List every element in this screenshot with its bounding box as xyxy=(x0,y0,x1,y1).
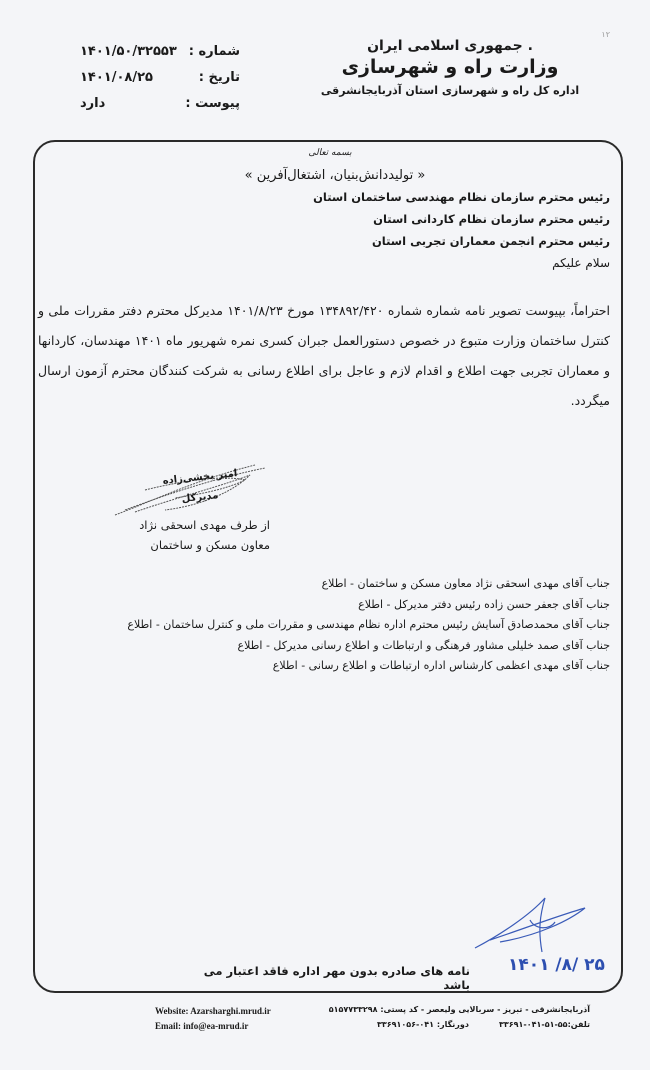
fax: دورنگار: ۰۴۱-۳۳۶۹۱۰۵۶ xyxy=(377,1017,469,1032)
date-row: تاریخ : ۱۴۰۱/۰۸/۲۵ xyxy=(80,64,240,90)
website: Website: Azarsharghi.mrud.ir xyxy=(155,1004,271,1019)
letter-metadata: شماره : ۱۴۰۱/۵۰/۳۲۵۵۳ تاریخ : ۱۴۰۱/۰۸/۲۵… xyxy=(80,38,240,116)
recipient-1: رئیس محترم سازمان نظام مهندسی ساختمان اس… xyxy=(210,186,610,208)
corner-mark: ۱۲ xyxy=(601,30,610,39)
email: Email: info@ea-mrud.ir xyxy=(155,1019,271,1034)
greeting: سلام علیکم xyxy=(210,252,610,274)
ministry-name: وزارت راه و شهرسازی xyxy=(320,56,580,78)
cc-item: جناب آقای صمد خلیلی مشاور فرهنگی و ارتبا… xyxy=(50,636,610,657)
bismillah: بسمه تعالی xyxy=(300,148,360,158)
cc-item: جناب آقای جعفر حسن زاده رئیس دفتر مدیرکل… xyxy=(50,595,610,616)
country-name: . جمهوری اسلامی ایران xyxy=(320,38,580,54)
on-behalf-of: از طرف مهدی اسحقی نژاد xyxy=(130,518,270,532)
cc-item: جناب آقای مهدی اسحقی نژاد معاون مسکن و س… xyxy=(50,574,610,595)
recipient-3: رئیس محترم انجمن معماران تجربی استان xyxy=(210,230,610,252)
footer-contact-web: Website: Azarsharghi.mrud.ir Email: info… xyxy=(155,1004,271,1034)
letterhead: . جمهوری اسلامی ایران وزارت راه و شهرساز… xyxy=(320,38,580,97)
phone: تلفن:۵۵-۵۱-۰۴۱-۳۳۶۹۱ xyxy=(499,1017,590,1032)
attachment-label: پیوست : xyxy=(185,96,240,111)
letter-body: احتراماً، بپیوست تصویر نامه شماره شماره … xyxy=(38,296,610,416)
cc-list: جناب آقای مهدی اسحقی نژاد معاون مسکن و س… xyxy=(50,574,610,677)
stamp-date: ۱۴۰۱ /۸/ ۲۵ xyxy=(508,955,605,975)
cc-item: جناب آقای مهدی اعظمی کارشناس اداره ارتبا… xyxy=(50,656,610,677)
number-label: شماره : xyxy=(189,44,240,59)
footer-address: آذربایجانشرقی - تبریز - سربالایی ولیعصر … xyxy=(290,1002,590,1032)
cc-item: جناب آقای محمدصادق آسایش رئیس محترم ادار… xyxy=(50,615,610,636)
attachment-value: دارد xyxy=(80,96,105,111)
handwritten-signature-icon xyxy=(470,890,590,960)
signer-role: معاون مسکن و ساختمان xyxy=(130,538,270,552)
attachment-row: پیوست : دارد xyxy=(80,90,240,116)
number-value: ۱۴۰۱/۵۰/۳۲۵۵۳ xyxy=(80,44,177,59)
number-row: شماره : ۱۴۰۱/۵۰/۳۲۵۵۳ xyxy=(80,38,240,64)
department-name: اداره کل راه و شهرسازی استان آذربایجانشر… xyxy=(320,84,580,97)
recipient-2: رئیس محترم سازمان نظام کاردانی استان xyxy=(210,208,610,230)
recipients: رئیس محترم سازمان نظام مهندسی ساختمان اس… xyxy=(210,186,610,274)
address: آذربایجانشرقی - تبریز - سربالایی ولیعصر … xyxy=(290,1002,590,1017)
validity-note: نامه های صادره بدون مهر اداره فاقد اعتبا… xyxy=(200,964,470,992)
slogan: « تولیددانش‌بنیان، اشتغال‌آفرین » xyxy=(240,168,430,183)
date-label: تاریخ : xyxy=(199,70,240,85)
phone-row: تلفن:۵۵-۵۱-۰۴۱-۳۳۶۹۱ دورنگار: ۰۴۱-۳۳۶۹۱۰… xyxy=(290,1017,590,1032)
date-value: ۱۴۰۱/۰۸/۲۵ xyxy=(80,70,153,85)
